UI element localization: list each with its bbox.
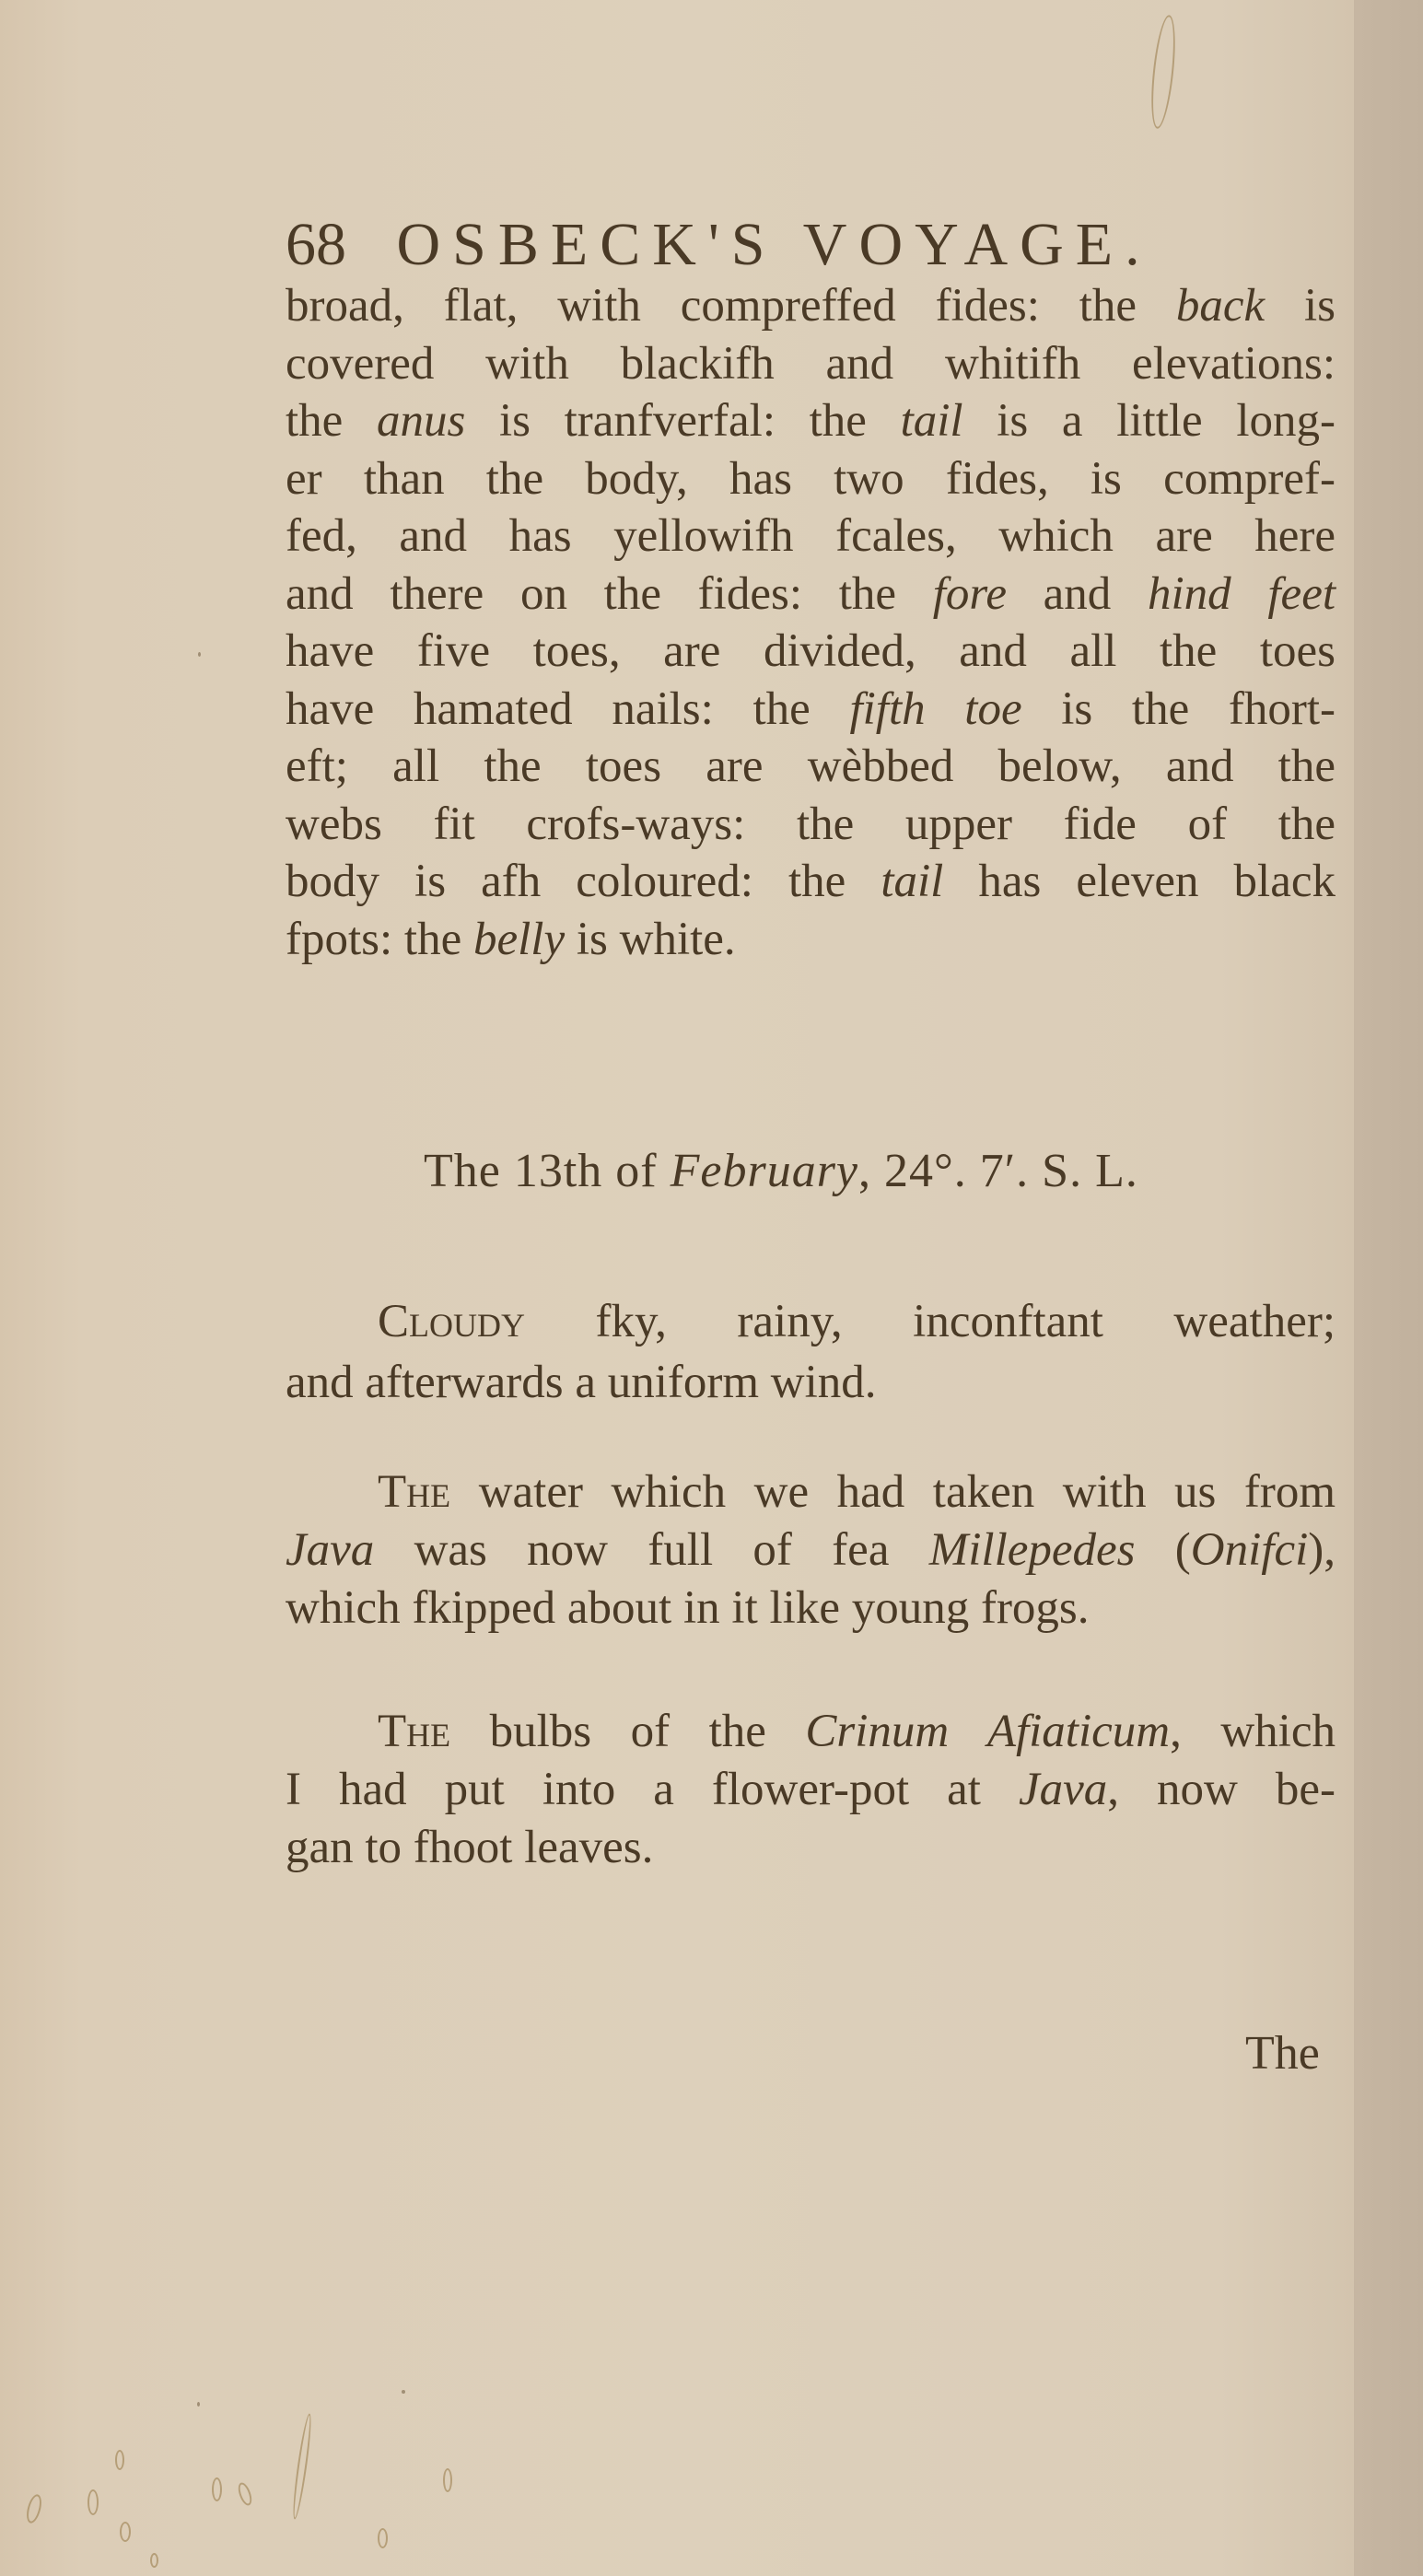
text-run: have five toes, are divided, and all the… <box>286 625 1336 677</box>
paper-speck <box>197 2402 200 2407</box>
text-run: is the fhort- <box>1022 683 1336 735</box>
text-line: and there on the fides: the fore and hin… <box>286 566 1336 622</box>
text-line: The water which we had taken with us fro… <box>378 1464 1336 1520</box>
text-line: The bulbs of the Crinum Afiaticum, which <box>378 1704 1336 1759</box>
italic-run: tail <box>881 856 943 907</box>
text-run: have hamated nails: the <box>286 683 849 735</box>
text-run: is <box>1265 280 1336 332</box>
text-line: covered with blackifh and whitifh elevat… <box>286 336 1336 391</box>
text-line: body is afh coloured: the tail has eleve… <box>286 854 1336 909</box>
paper-speck <box>198 652 201 657</box>
text-run: was now full of fea <box>374 1524 928 1576</box>
text-line: webs fit crofs-ways: the upper fide of t… <box>286 797 1336 852</box>
text-run: , now be- <box>1107 1764 1336 1815</box>
paper-blemish-icon <box>443 2468 452 2492</box>
text-run: is white. <box>565 914 736 965</box>
text-line: have five toes, are divided, and all the… <box>286 624 1336 679</box>
text-run: ), <box>1308 1524 1336 1576</box>
small-caps-run: The <box>378 1706 450 1757</box>
page-edge-shadow <box>1354 0 1423 2576</box>
text-run: webs fit crofs-ways: the upper fide of t… <box>286 798 1336 850</box>
text-line: I had put into a flower-pot at Java, now… <box>286 1762 1336 1817</box>
text-run: and <box>1007 568 1148 620</box>
italic-run: belly <box>473 914 565 965</box>
text-run: gan to fhoot leaves. <box>286 1822 653 1873</box>
italic-run: Onifci <box>1191 1524 1308 1576</box>
paper-speck <box>402 2390 405 2394</box>
paper-blemish-icon <box>87 2489 99 2515</box>
italic-run: tail <box>901 395 963 447</box>
italic-run: Java <box>286 1524 374 1576</box>
text-run: fed, and has yellowifh fcales, which are… <box>286 510 1336 562</box>
date-month: February <box>671 1145 858 1197</box>
text-line: which fkipped about in it like young fro… <box>286 1580 1336 1636</box>
text-run: fky, rainy, inconftant weather; <box>525 1296 1336 1347</box>
text-run: covered with blackifh and whitifh elevat… <box>286 338 1336 390</box>
date-heading: The 13th of February, 24°. 7′. S. L. <box>424 1144 1138 1198</box>
text-line: Java was now full of fea Millepedes (Oni… <box>286 1522 1336 1578</box>
text-run: ( <box>1136 1524 1191 1576</box>
text-run: water which we had taken with us from <box>450 1466 1336 1518</box>
text-run: the <box>286 395 377 447</box>
paper-blemish-icon <box>212 2477 222 2501</box>
text-run: which fkipped about in it like young fro… <box>286 1582 1090 1634</box>
text-line: fpots: the belly is white. <box>286 912 1336 967</box>
text-run: has eleven black <box>943 856 1336 907</box>
running-head: 68 OSBECK'S VOYAGE. <box>286 210 1207 280</box>
text-line: have hamated nails: the fifth toe is the… <box>286 682 1336 737</box>
italic-run: anus <box>377 395 465 447</box>
text-run: is tranfverfal: the <box>465 395 900 447</box>
text-run: I had put into a flower-pot at <box>286 1764 1019 1815</box>
text-line: the anus is tranfverfal: the tail is a l… <box>286 393 1336 449</box>
text-run: bulbs of the <box>450 1706 805 1757</box>
italic-run: back <box>1176 280 1265 332</box>
italic-run: fore <box>933 568 1007 620</box>
paper-blemish-icon <box>120 2522 131 2542</box>
text-run: and afterwards a uniform wind. <box>286 1357 877 1408</box>
text-run: eft; all the toes are wèbbed below, and … <box>286 740 1336 792</box>
text-line: broad, flat, with compreffed fides: the … <box>286 278 1336 333</box>
text-run: body is afh coloured: the <box>286 856 881 907</box>
page-number: 68 <box>286 211 346 278</box>
text-line: fed, and has yellowifh fcales, which are… <box>286 508 1336 564</box>
paper-blemish-icon <box>150 2553 158 2568</box>
text-line: eft; all the toes are wèbbed below, and … <box>286 739 1336 794</box>
text-line: Cloudy fky, rainy, inconftant weather; <box>378 1294 1336 1349</box>
catchword: The <box>1245 2026 1320 2081</box>
italic-run: fifth toe <box>849 683 1021 735</box>
date-suffix: , 24°. 7′. S. L. <box>858 1145 1138 1197</box>
small-caps-run: The <box>378 1466 450 1518</box>
italic-run: Crinum Afiaticum <box>805 1706 1170 1757</box>
text-run: and there on the fides: the <box>286 568 933 620</box>
text-line: and afterwards a uniform wind. <box>286 1355 1336 1410</box>
date-prefix: The 13th of <box>424 1145 671 1197</box>
text-run: , which <box>1170 1706 1336 1757</box>
small-caps-run: Cloudy <box>378 1296 525 1347</box>
italic-run: Millepedes <box>929 1524 1136 1576</box>
text-line: er than the body, has two fides, is comp… <box>286 451 1336 507</box>
text-run: broad, flat, with compreffed fides: the <box>286 280 1176 332</box>
text-run: er than the body, has two fides, is comp… <box>286 453 1336 505</box>
running-title: OSBECK'S VOYAGE. <box>397 211 1152 278</box>
italic-run: Java <box>1019 1764 1107 1815</box>
text-run: is a little long- <box>963 395 1336 447</box>
text-line: gan to fhoot leaves. <box>286 1820 1336 1875</box>
paper-blemish-icon <box>115 2450 124 2470</box>
italic-run: hind feet <box>1148 568 1336 620</box>
paper-blemish-icon <box>378 2528 388 2548</box>
text-run: fpots: the <box>286 914 473 965</box>
